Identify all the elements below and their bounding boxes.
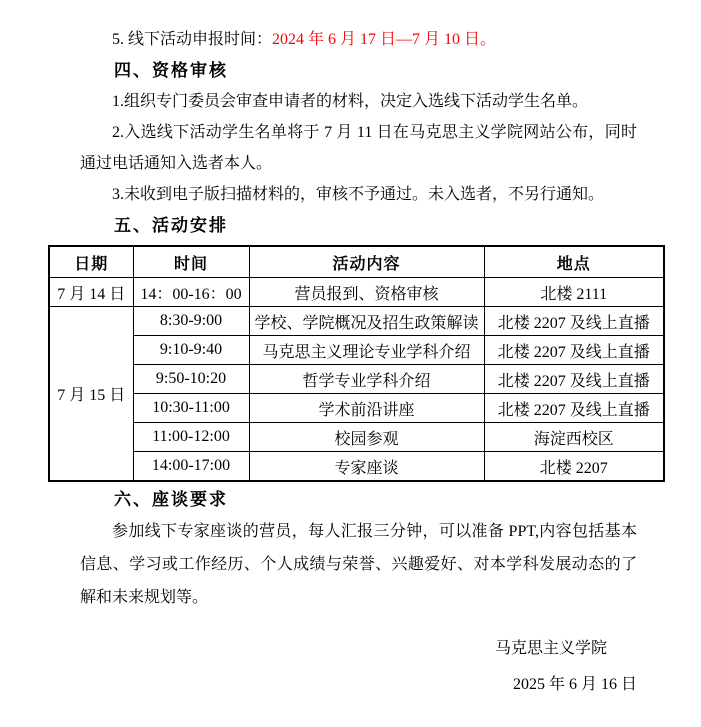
- cell-location: 北楼 2207 及线上直播: [484, 365, 664, 394]
- table-row: 7 月 15 日 8:30-9:00 学校、学院概况及招生政策解读 北楼 220…: [49, 307, 664, 336]
- signature-date: 2025 年 6 月 16 日: [0, 676, 637, 694]
- document-page: 5. 线下活动申报时间：2024 年 6 月 17 日—7 月 10 日。 四、…: [0, 0, 701, 727]
- cell-time: 14:00-17:00: [133, 452, 249, 482]
- section-heading-activity-schedule: 五、活动安排: [80, 210, 637, 241]
- table-header-row: 日期 时间 活动内容 地点: [49, 246, 664, 278]
- cell-location: 海淀西校区: [484, 423, 664, 452]
- cell-location: 北楼 2207 及线上直播: [484, 394, 664, 423]
- qualification-item-3: 3.未收到电子版扫描材料的，审核不予通过。未入选者，不另行通知。: [80, 179, 637, 210]
- column-header-time: 时间: [133, 246, 249, 278]
- qualification-item-2: 2.入选线下活动学生名单将于 7 月 11 日在马克思主义学院网站公布，同时通过…: [80, 117, 637, 179]
- cell-content: 哲学专业学科介绍: [249, 365, 484, 394]
- section-heading-discussion-requirements: 六、座谈要求: [80, 484, 637, 515]
- section-heading-qualification-review: 四、资格审核: [80, 55, 637, 86]
- cell-time: 8:30-9:00: [133, 307, 249, 336]
- cell-location: 北楼 2207: [484, 452, 664, 482]
- cell-content: 营员报到、资格审核: [249, 278, 484, 307]
- cell-location: 北楼 2207 及线上直播: [484, 336, 664, 365]
- deadline-date-range: 2024 年 6 月 17 日—7 月 10 日。: [272, 31, 496, 48]
- cell-time: 11:00-12:00: [133, 423, 249, 452]
- signature-organization: 马克思主义学院: [0, 640, 607, 658]
- table-row: 9:10-9:40 马克思主义理论专业学科介绍 北楼 2207 及线上直播: [49, 336, 664, 365]
- cell-date-jul14: 7 月 14 日: [49, 278, 133, 307]
- cell-time: 14：00-16：00: [133, 278, 249, 307]
- cell-content: 马克思主义理论专业学科介绍: [249, 336, 484, 365]
- cell-time: 9:10-9:40: [133, 336, 249, 365]
- document-body-top: 5. 线下活动申报时间：2024 年 6 月 17 日—7 月 10 日。 四、…: [80, 24, 637, 241]
- table-row: 10:30-11:00 学术前沿讲座 北楼 2207 及线上直播: [49, 394, 664, 423]
- cell-date-jul15: 7 月 15 日: [49, 307, 133, 482]
- column-header-content: 活动内容: [249, 246, 484, 278]
- deadline-label: 5. 线下活动申报时间：: [112, 31, 272, 48]
- cell-content: 学校、学院概况及招生政策解读: [249, 307, 484, 336]
- cell-content: 专家座谈: [249, 452, 484, 482]
- cell-location: 北楼 2207 及线上直播: [484, 307, 664, 336]
- deadline-line: 5. 线下活动申报时间：2024 年 6 月 17 日—7 月 10 日。: [80, 24, 637, 55]
- activity-schedule-table: 日期 时间 活动内容 地点 7 月 14 日 14：00-16：00 营员报到、…: [48, 245, 665, 482]
- column-header-date: 日期: [49, 246, 133, 278]
- table-row: 9:50-10:20 哲学专业学科介绍 北楼 2207 及线上直播: [49, 365, 664, 394]
- table-row: 11:00-12:00 校园参观 海淀西校区: [49, 423, 664, 452]
- cell-time: 10:30-11:00: [133, 394, 249, 423]
- qualification-item-1: 1.组织专门委员会审查申请者的材料，决定入选线下活动学生名单。: [80, 86, 637, 117]
- cell-content: 学术前沿讲座: [249, 394, 484, 423]
- discussion-requirements-paragraph: 参加线下专家座谈的营员，每人汇报三分钟，可以准备 PPT,内容包括基本信息、学习…: [80, 515, 637, 614]
- cell-content: 校园参观: [249, 423, 484, 452]
- cell-location: 北楼 2111: [484, 278, 664, 307]
- column-header-location: 地点: [484, 246, 664, 278]
- cell-time: 9:50-10:20: [133, 365, 249, 394]
- document-body-bottom: 六、座谈要求 参加线下专家座谈的营员，每人汇报三分钟，可以准备 PPT,内容包括…: [80, 484, 637, 614]
- table-row: 14:00-17:00 专家座谈 北楼 2207: [49, 452, 664, 482]
- table-row: 7 月 14 日 14：00-16：00 营员报到、资格审核 北楼 2111: [49, 278, 664, 307]
